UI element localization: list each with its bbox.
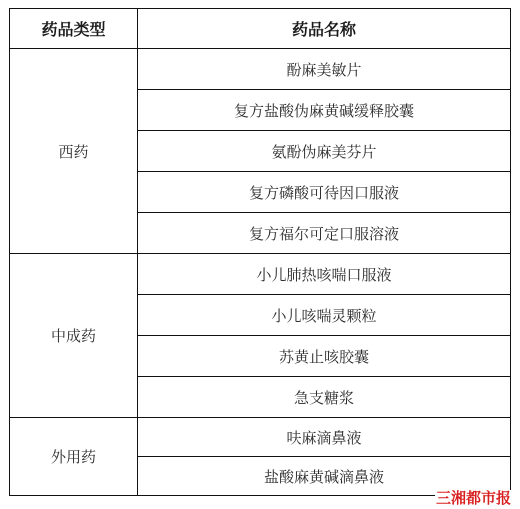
category-cell: 外用药 (10, 418, 138, 496)
category-cell: 中成药 (10, 254, 138, 418)
drug-name-cell: 小儿肺热咳喘口服液 (138, 254, 511, 295)
drug-table: 药品类型 药品名称 西药 酚麻美敏片 复方盐酸伪麻黄碱缓释胶囊 氨酚伪麻美芬片 … (9, 8, 511, 496)
table-row: 外用药 呋麻滴鼻液 (10, 418, 511, 457)
drug-name-cell: 复方福尔可定口服溶液 (138, 213, 511, 254)
drug-name-cell: 复方磷酸可待因口服液 (138, 172, 511, 213)
table-row: 西药 酚麻美敏片 (10, 49, 511, 90)
drug-name-cell: 苏黄止咳胶囊 (138, 336, 511, 377)
drug-name-cell: 复方盐酸伪麻黄碱缓释胶囊 (138, 90, 511, 131)
drug-name-cell: 酚麻美敏片 (138, 49, 511, 90)
drug-name-cell: 氨酚伪麻美芬片 (138, 131, 511, 172)
header-drug-name: 药品名称 (138, 9, 511, 49)
drug-name-cell: 呋麻滴鼻液 (138, 418, 511, 457)
category-cell: 西药 (10, 49, 138, 254)
watermark-logo: 三湘都市报 (435, 490, 512, 507)
table-row: 中成药 小儿肺热咳喘口服液 (10, 254, 511, 295)
drug-name-cell: 急支糖浆 (138, 377, 511, 418)
header-row: 药品类型 药品名称 (10, 9, 511, 49)
header-drug-type: 药品类型 (10, 9, 138, 49)
drug-name-cell: 小儿咳喘灵颗粒 (138, 295, 511, 336)
